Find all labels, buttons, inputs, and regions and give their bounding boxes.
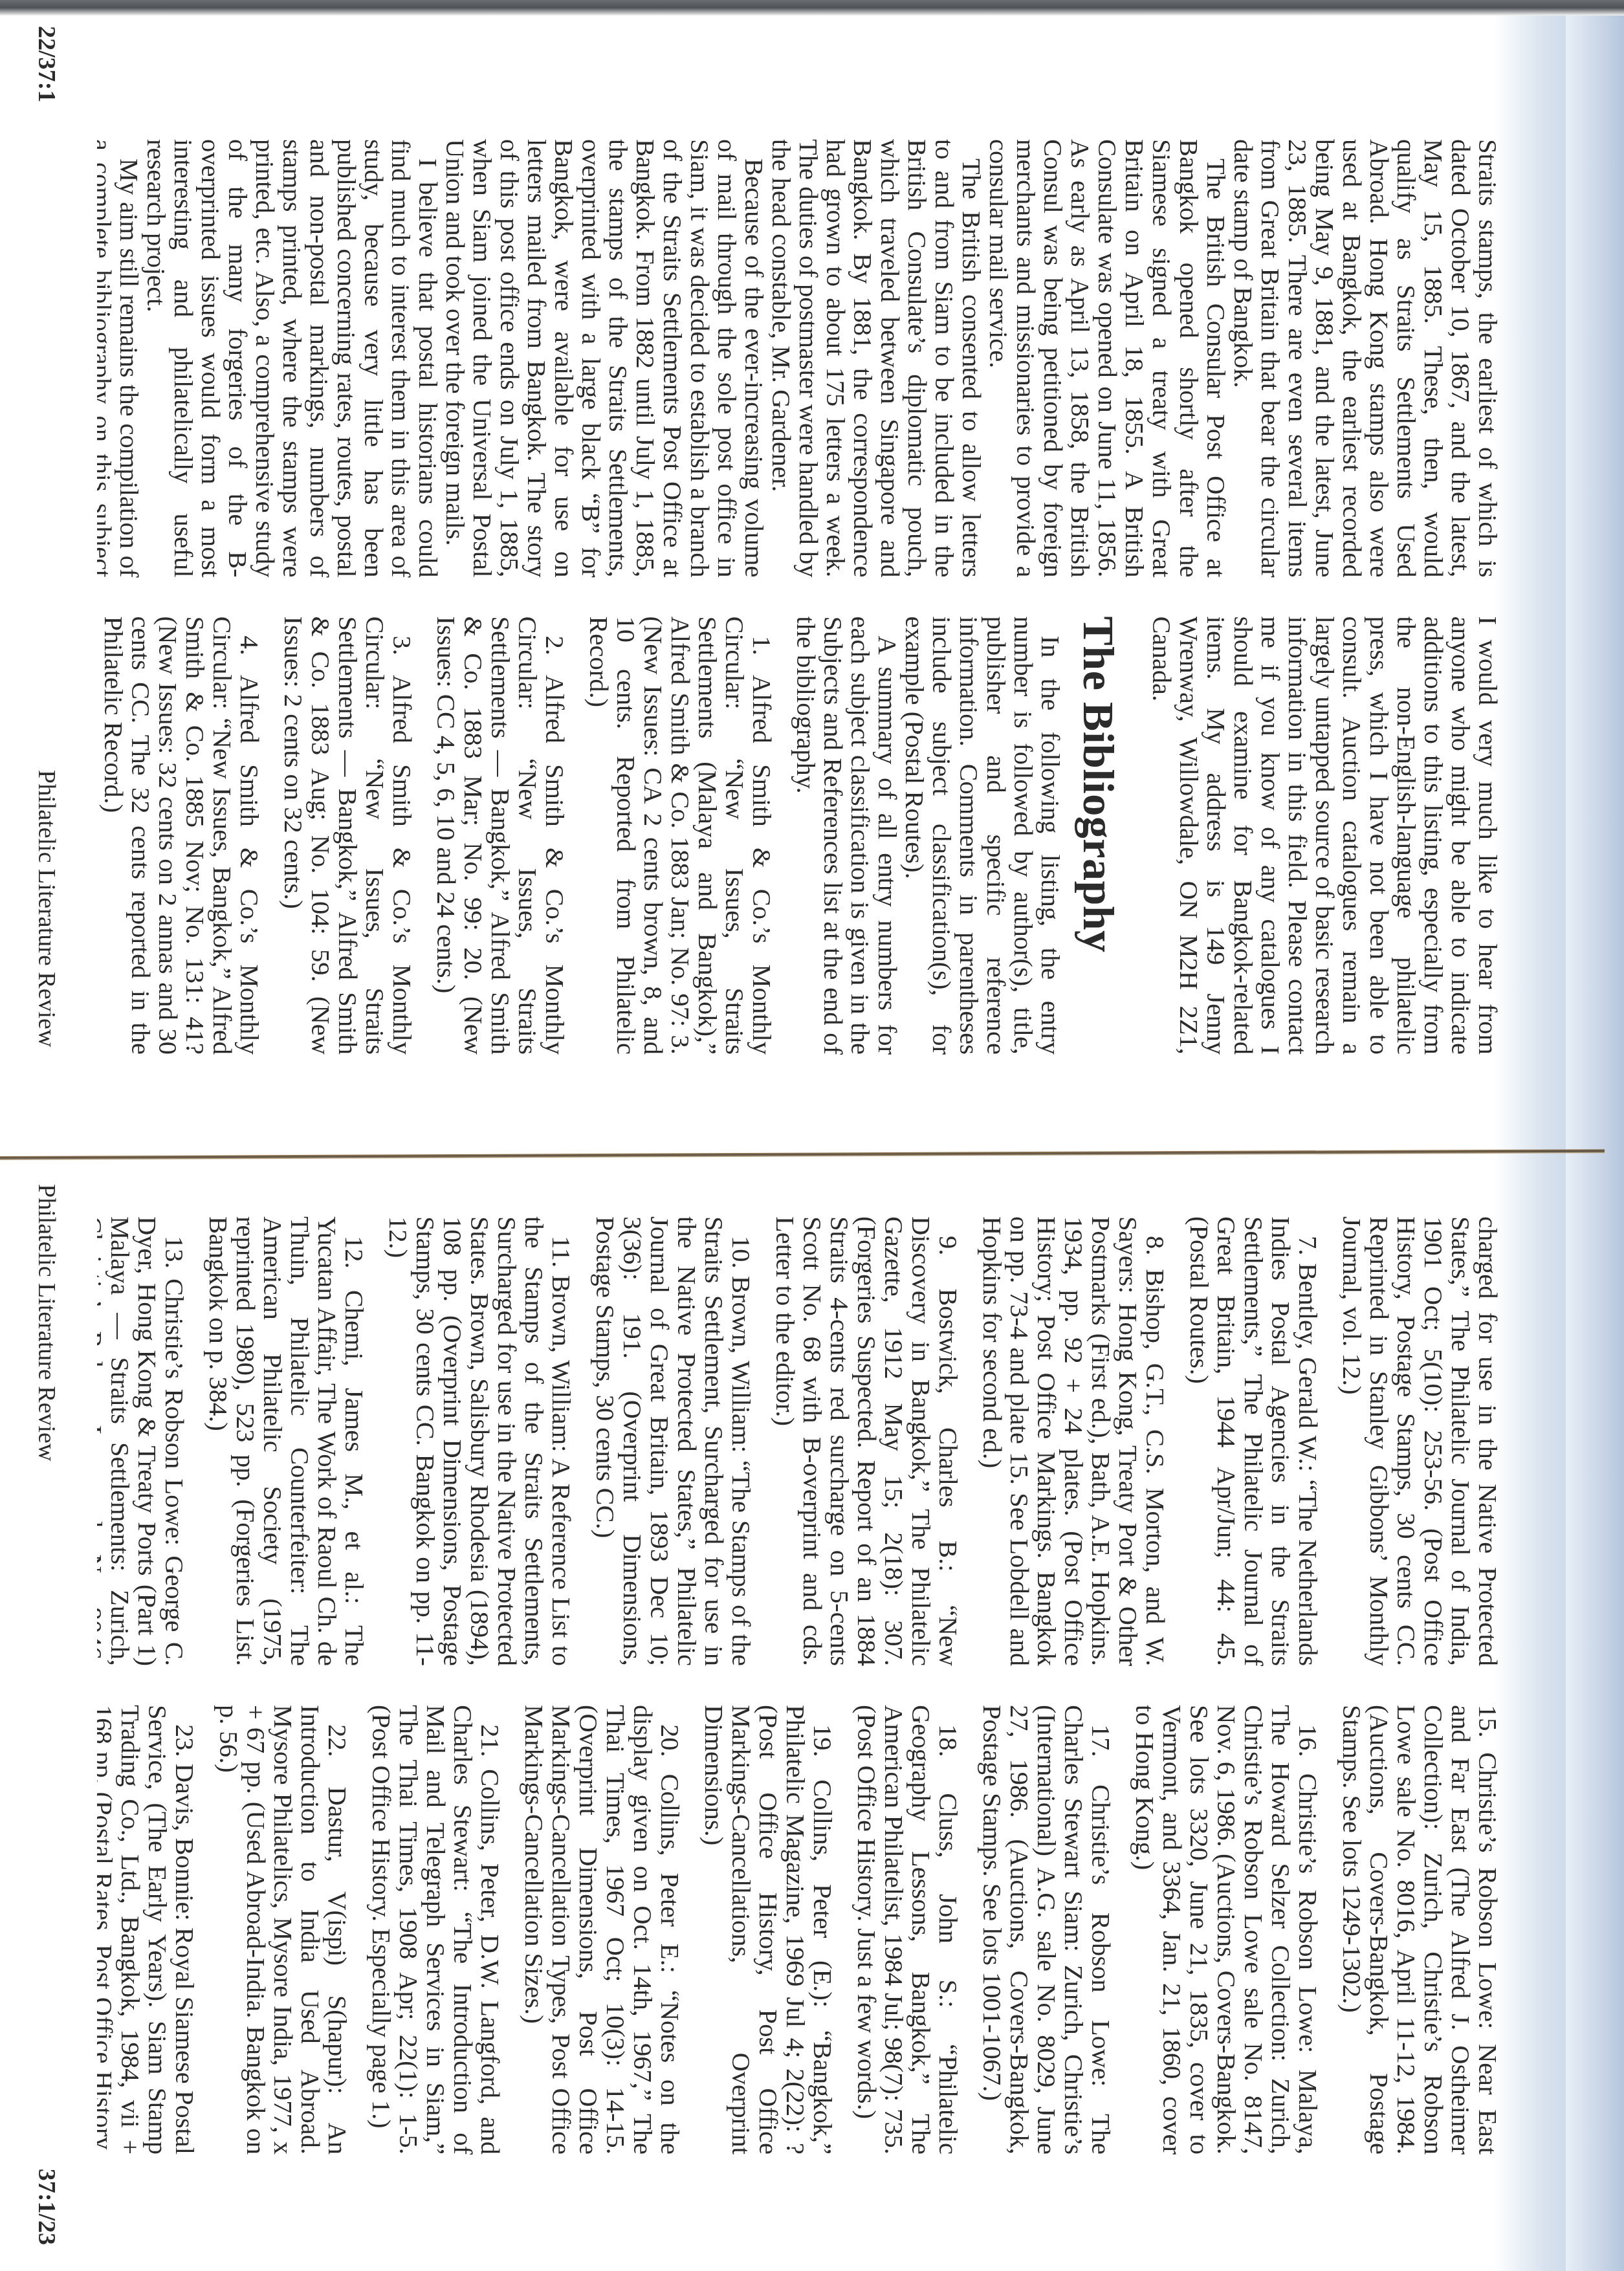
section-heading: The Bibliography [1073, 617, 1125, 1055]
running-footer: Philatelic Literature Review [32, 1184, 61, 1461]
page-number: 22/37:1 [32, 26, 61, 102]
bibliography-entry: 18. Cluss, John S.: “Philatelic Geograph… [853, 1705, 961, 2155]
bibliography-entry: 15. Christie’s Robson Lowe: Near East an… [1338, 1705, 1501, 2155]
bibliography-entry: 23. Davis, Bonnie: Royal Siamese Postal … [97, 1705, 198, 2155]
page-right: charged for use in the Native Protected … [0, 1178, 1553, 2265]
bibliography-entry: charged for use in the Native Protected … [1338, 1216, 1501, 1666]
paragraph: Straits stamps, the earliest of which is… [1229, 139, 1501, 578]
page-left: Straits stamps, the earliest of which is… [0, 26, 1553, 1093]
bibliography-entry: 7. Bentley, Gerald W.: “The Netherlands … [1185, 1216, 1321, 1666]
bibliography-entry: 19. Collins, Peter (E.): “Bangkok,” Phil… [700, 1705, 836, 2155]
bibliography-entry: 8. Bishop, G.T., C.S. Morton, and W. Say… [978, 1216, 1169, 1666]
paragraph: I would very much like to hear from anyo… [1148, 617, 1501, 1055]
bibliography-entry: 1. Alfred Smith & Co.’s Monthly Circular… [585, 617, 775, 1055]
page-number: 37:1/23 [32, 2169, 61, 2245]
running-footer: Philatelic Literature Review [32, 770, 61, 1047]
paragraph: My aim still remains the compilation of … [97, 139, 142, 578]
column-1: Straits stamps, the earliest of which is… [97, 139, 1501, 578]
column-2: 15. Christie’s Robson Lowe: Near East an… [97, 1705, 1501, 2155]
column-2: I would very much like to hear from anyo… [97, 617, 1501, 1055]
bibliography-entry: 4. Alfred Smith & Co.’s Monthly Circular… [100, 617, 263, 1055]
bibliography-entry: 13. Christie’s Robson Lowe: George C. Dy… [97, 1216, 188, 1666]
paragraph: The British Consular Post Office at Bang… [985, 139, 1229, 578]
bibliography-entry: 12. Chemi, James M., et al.: The Yucatan… [204, 1216, 368, 1666]
bibliography-entry: 21. Collins, Peter, D.W. Langford, and C… [368, 1705, 503, 2155]
scan-top-shadow [0, 0, 1624, 16]
bibliography-entry: 3. Alfred Smith & Co.’s Monthly Circular… [280, 617, 415, 1055]
paragraph: I believe that postal historians could f… [142, 139, 441, 578]
bibliography-entry: 11. Brown, William: A Reference List to … [384, 1216, 575, 1666]
paragraph: A summary of all entry numbers for each … [792, 617, 901, 1055]
bibliography-entry: 17. Christie’s Robson Lowe: The Charles … [978, 1705, 1114, 2155]
scan-watermark: Derek Baron [4, 2257, 60, 2267]
bibliography-entry: 2. Alfred Smith & Co.’s Monthly Circular… [432, 617, 568, 1055]
bibliography-entry: 22. Dastur, V(ispi) S(hapur): An Introdu… [215, 1705, 351, 2155]
bibliography-entry: 16. Christie’s Robson Lowe: Malaya, The … [1131, 1705, 1321, 2155]
bibliography-entry: 9. Bostwick, Charles B.: “New Discovery … [771, 1216, 961, 1666]
bibliography-entry: 10. Brown, William: “The Stamps of the S… [591, 1216, 754, 1666]
bibliography-entry: 20. Collins, Peter E.: “Notes on the dis… [520, 1705, 683, 2155]
paragraph: The British consented to allow letters t… [767, 139, 985, 578]
paragraph: In the following listing, the entry numb… [901, 617, 1064, 1055]
column-1: charged for use in the Native Protected … [97, 1216, 1501, 1666]
scanner-bed-edge [1566, 0, 1624, 2271]
paragraph: Because of the ever-increasing volume of… [441, 139, 767, 578]
